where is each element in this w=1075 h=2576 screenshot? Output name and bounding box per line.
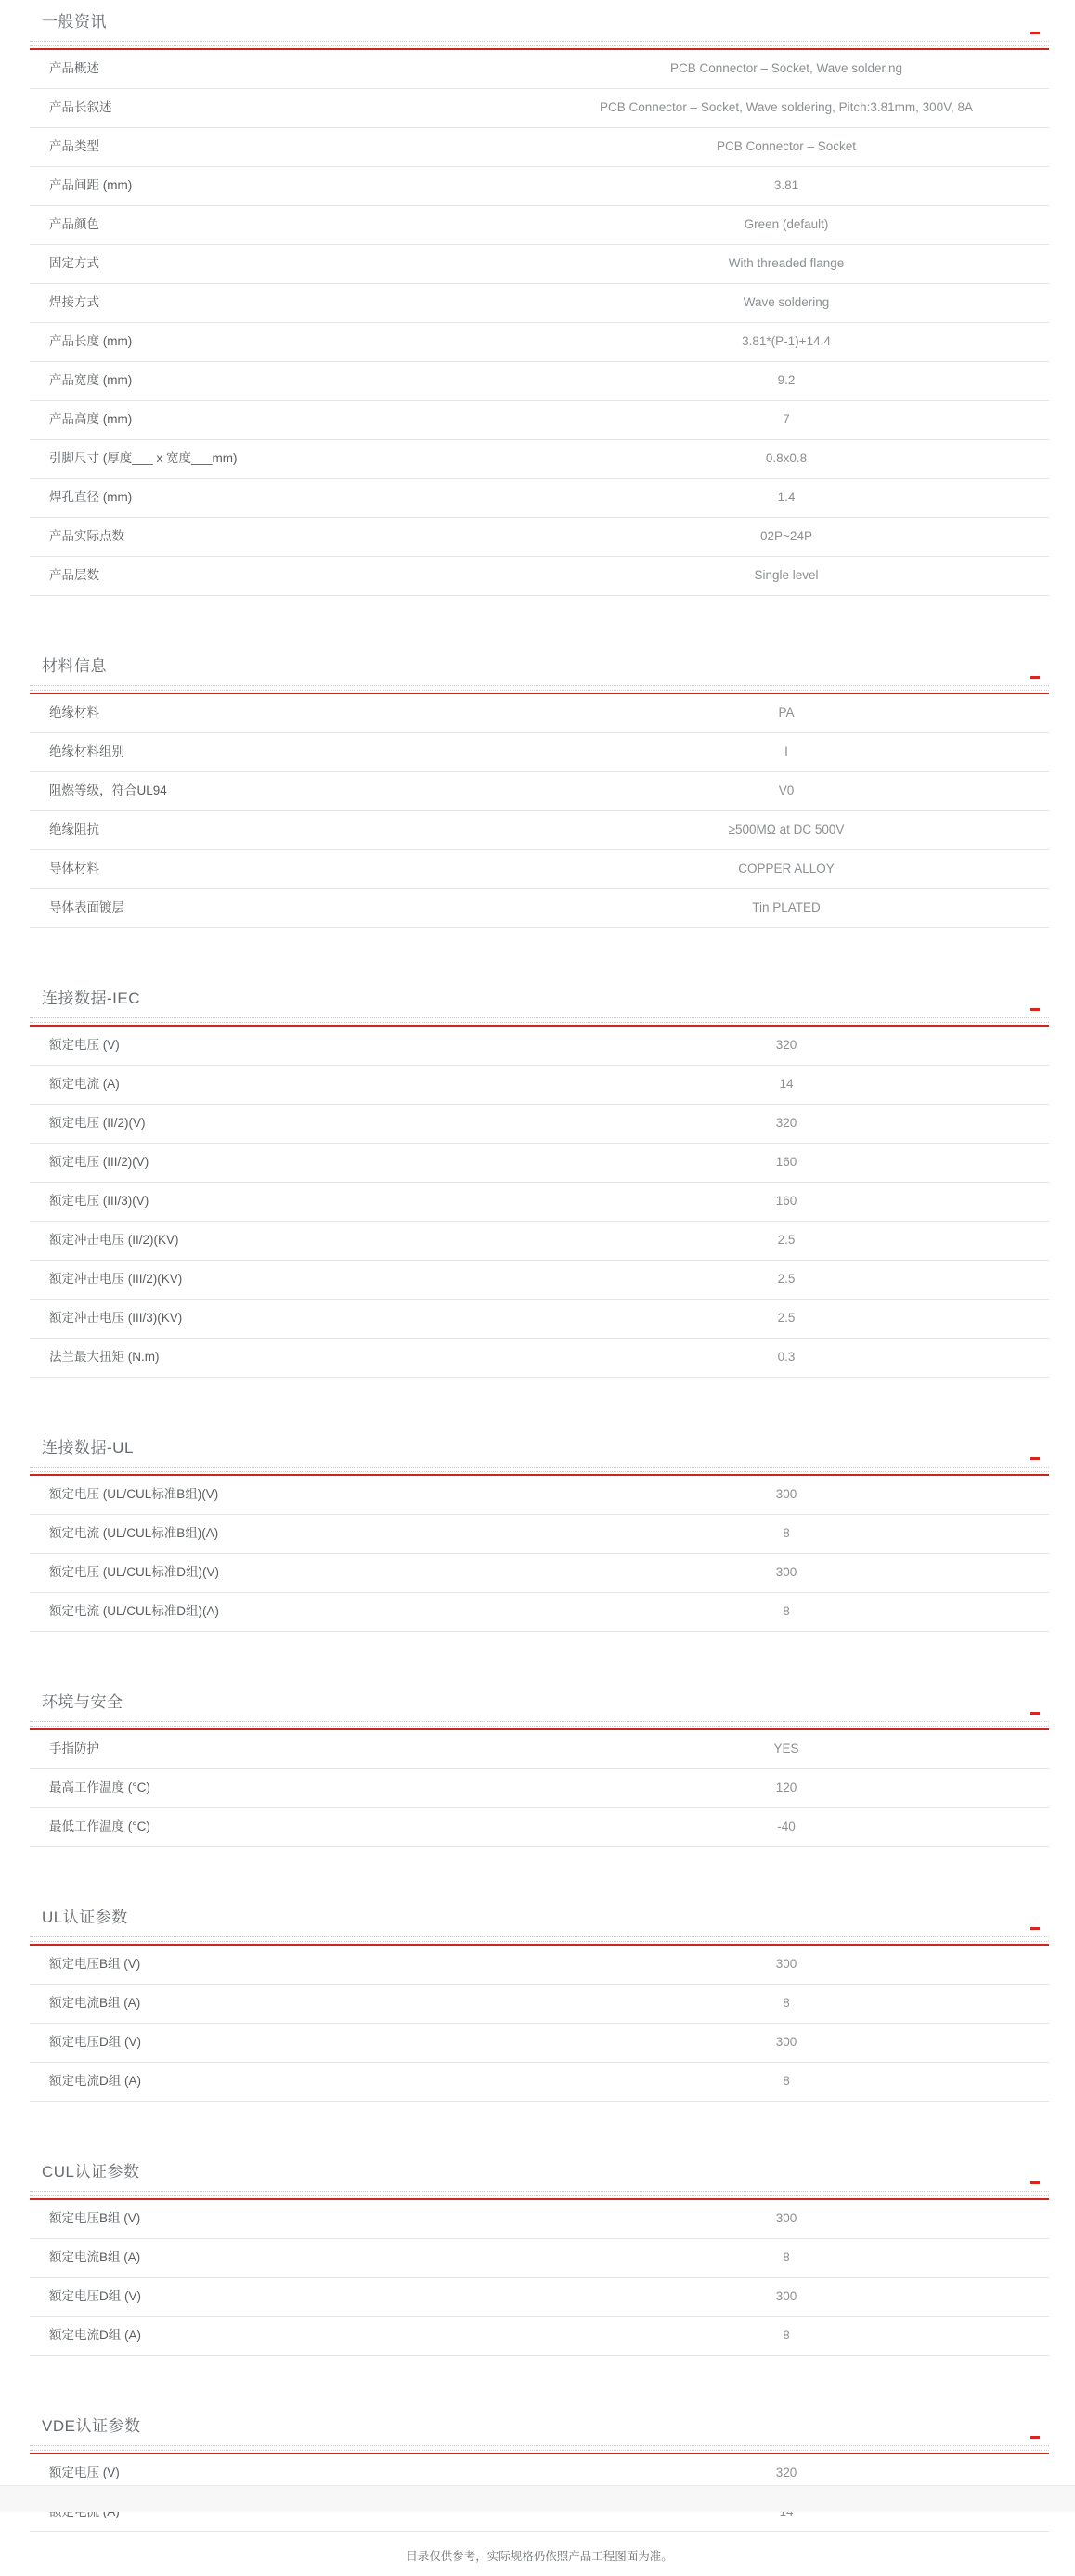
row-value: 0.8x0.8 <box>524 451 1049 466</box>
spec-section: VDE认证参数 额定电压 (V) 320 额定电流 (A) 14 <box>30 2404 1049 2532</box>
table-row: 额定电流B组 (A) 8 <box>30 1985 1049 2024</box>
spec-content: 一般资讯 产品概述 PCB Connector – Socket, Wave s… <box>30 0 1049 2576</box>
row-label: 绝缘材料 <box>30 705 524 720</box>
row-value: 2.5 <box>524 1233 1049 1248</box>
table-row: 绝缘材料 PA <box>30 694 1049 733</box>
section-header: VDE认证参数 <box>30 2404 1049 2445</box>
row-value: 160 <box>524 1194 1049 1209</box>
row-label: 绝缘阻抗 <box>30 822 524 837</box>
row-value: 8 <box>524 1604 1049 1619</box>
row-label: 产品长叙述 <box>30 100 524 115</box>
spec-section: 环境与安全 手指防护 YES 最高工作温度 (°C) 120 最低工作温度 (°… <box>30 1680 1049 1847</box>
collapse-button[interactable] <box>1027 2430 1042 2443</box>
row-label: 额定电流 (UL/CUL标准D组)(A) <box>30 1604 524 1619</box>
row-value: 300 <box>524 2035 1049 2050</box>
row-value: With threaded flange <box>524 256 1049 271</box>
collapse-button[interactable] <box>1027 1922 1042 1935</box>
section-header: 连接数据-UL <box>30 1426 1049 1467</box>
row-label: 额定电压 (II/2)(V) <box>30 1116 524 1131</box>
row-label: 产品层数 <box>30 568 524 583</box>
row-label: 最高工作温度 (°C) <box>30 1780 524 1795</box>
row-value: 320 <box>524 1038 1049 1053</box>
row-value: 8 <box>524 2328 1049 2343</box>
row-label: 额定电压D组 (V) <box>30 2289 524 2304</box>
row-label: 绝缘材料组别 <box>30 744 524 759</box>
table-row: 额定电流 (UL/CUL标准B组)(A) 8 <box>30 1515 1049 1554</box>
row-label: 额定电压B组 (V) <box>30 1957 524 1972</box>
row-label: 产品宽度 (mm) <box>30 373 524 388</box>
row-value: YES <box>524 1741 1049 1756</box>
table-row: 额定电压D组 (V) 300 <box>30 2278 1049 2317</box>
row-label: 额定冲击电压 (III/2)(KV) <box>30 1272 524 1287</box>
spec-table: 额定电压 (UL/CUL标准B组)(V) 300 额定电流 (UL/CUL标准B… <box>30 1476 1049 1632</box>
row-value: COPPER ALLOY <box>524 861 1049 876</box>
spec-section: CUL认证参数 额定电压B组 (V) 300 额定电流B组 (A) 8 额定电压… <box>30 2150 1049 2356</box>
row-label: 额定电流D组 (A) <box>30 2074 524 2089</box>
table-row: 绝缘材料组别 I <box>30 733 1049 772</box>
row-label: 阻燃等级，符合UL94 <box>30 783 524 798</box>
row-label: 额定电压 (V) <box>30 1038 524 1053</box>
minus-icon <box>1030 2436 1040 2439</box>
table-row: 额定冲击电压 (III/2)(KV) 2.5 <box>30 1261 1049 1300</box>
row-label: 产品概述 <box>30 61 524 76</box>
row-value: 8 <box>524 1996 1049 2011</box>
section-title: VDE认证参数 <box>42 2417 140 2435</box>
table-row: 额定电压B组 (V) 300 <box>30 1946 1049 1985</box>
row-value: Wave soldering <box>524 295 1049 310</box>
table-row: 额定电流 (A) 14 <box>30 1066 1049 1105</box>
row-value: 3.81*(P-1)+14.4 <box>524 334 1049 349</box>
row-value: 160 <box>524 1155 1049 1170</box>
table-row: 导体材料 COPPER ALLOY <box>30 850 1049 889</box>
spec-table: 额定电压 (V) 320 额定电流 (A) 14 额定电压 (II/2)(V) … <box>30 1027 1049 1378</box>
row-label: 产品实际点数 <box>30 529 524 544</box>
section-title: UL认证参数 <box>42 1909 128 1926</box>
row-value: 8 <box>524 1526 1049 1541</box>
row-value: 300 <box>524 1487 1049 1502</box>
row-label: 额定冲击电压 (II/2)(KV) <box>30 1233 524 1248</box>
table-row: 固定方式 With threaded flange <box>30 245 1049 284</box>
dotted-divider <box>30 41 1049 46</box>
row-value: PCB Connector – Socket, Wave soldering <box>524 61 1049 76</box>
spec-table: 额定电压B组 (V) 300 额定电流B组 (A) 8 额定电压D组 (V) 3… <box>30 2200 1049 2356</box>
spec-page: { "accent_red": "#cf241e", "collapse_ico… <box>0 0 1075 2512</box>
row-label: 产品类型 <box>30 139 524 154</box>
row-value: 3.81 <box>524 178 1049 193</box>
table-row: 绝缘阻抗 ≥500MΩ at DC 500V <box>30 811 1049 850</box>
spec-table: 产品概述 PCB Connector – Socket, Wave solder… <box>30 50 1049 596</box>
collapse-button[interactable] <box>1027 1003 1042 1016</box>
table-row: 阻燃等级，符合UL94 V0 <box>30 772 1049 811</box>
collapse-button[interactable] <box>1027 670 1042 683</box>
row-label: 焊孔直径 (mm) <box>30 490 524 505</box>
row-value: -40 <box>524 1819 1049 1834</box>
minus-icon <box>1030 676 1040 679</box>
row-label: 额定电流 (A) <box>30 1077 524 1092</box>
row-value: 300 <box>524 2289 1049 2304</box>
table-row: 产品高度 (mm) 7 <box>30 401 1049 440</box>
row-label: 额定电压 (UL/CUL标准B组)(V) <box>30 1487 524 1502</box>
table-row: 额定电流D组 (A) 8 <box>30 2063 1049 2102</box>
table-row: 额定电压 (UL/CUL标准D组)(V) 300 <box>30 1554 1049 1593</box>
row-value: I <box>524 744 1049 759</box>
row-value: PCB Connector – Socket <box>524 139 1049 154</box>
section-header: 一般资讯 <box>30 0 1049 41</box>
spec-section: 材料信息 绝缘材料 PA 绝缘材料组别 I 阻燃等级，符合UL94 V0 绝缘阻… <box>30 644 1049 928</box>
dotted-divider <box>30 2191 1049 2196</box>
row-value: 300 <box>524 2211 1049 2226</box>
table-row: 产品宽度 (mm) 9.2 <box>30 362 1049 401</box>
row-label: 引脚尺寸 (厚度___ x 宽度___mm) <box>30 451 524 466</box>
table-row: 产品类型 PCB Connector – Socket <box>30 128 1049 167</box>
section-title: 材料信息 <box>42 657 107 675</box>
minus-icon <box>1030 1457 1040 1460</box>
section-title: 一般资讯 <box>42 13 107 31</box>
table-row: 额定电压 (V) 320 <box>30 1027 1049 1066</box>
minus-icon <box>1030 2181 1040 2184</box>
row-label: 法兰最大扭矩 (N.m) <box>30 1350 524 1365</box>
row-value: 1.4 <box>524 490 1049 505</box>
table-row: 额定电压D组 (V) 300 <box>30 2024 1049 2063</box>
table-row: 焊孔直径 (mm) 1.4 <box>30 479 1049 518</box>
dotted-divider <box>30 2445 1049 2451</box>
row-value: 02P~24P <box>524 529 1049 544</box>
row-value: 300 <box>524 1957 1049 1972</box>
section-header: 材料信息 <box>30 644 1049 685</box>
table-row: 额定电压B组 (V) 300 <box>30 2200 1049 2239</box>
spec-table: 绝缘材料 PA 绝缘材料组别 I 阻燃等级，符合UL94 V0 绝缘阻抗 ≥50… <box>30 694 1049 928</box>
table-row: 产品长度 (mm) 3.81*(P-1)+14.4 <box>30 323 1049 362</box>
section-title: 连接数据-UL <box>42 1439 134 1456</box>
row-value: 8 <box>524 2250 1049 2265</box>
table-row: 额定冲击电压 (III/3)(KV) 2.5 <box>30 1300 1049 1339</box>
table-row: 额定电流D组 (A) 8 <box>30 2317 1049 2356</box>
row-label: 导体表面镀层 <box>30 900 524 915</box>
section-header: 连接数据-IEC <box>30 977 1049 1017</box>
dotted-divider <box>30 1017 1049 1023</box>
section-header: CUL认证参数 <box>30 2150 1049 2191</box>
row-value: ≥500MΩ at DC 500V <box>524 822 1049 837</box>
row-value: 0.3 <box>524 1350 1049 1365</box>
row-label: 额定电流 (UL/CUL标准B组)(A) <box>30 1526 524 1541</box>
table-row: 额定冲击电压 (II/2)(KV) 2.5 <box>30 1222 1049 1261</box>
row-value: 320 <box>524 1116 1049 1131</box>
row-label: 额定电流B组 (A) <box>30 1996 524 2011</box>
row-value: Tin PLATED <box>524 900 1049 915</box>
spec-section: UL认证参数 额定电压B组 (V) 300 额定电流B组 (A) 8 额定电压D… <box>30 1896 1049 2102</box>
row-value: 2.5 <box>524 1311 1049 1326</box>
sections-root: 一般资讯 产品概述 PCB Connector – Socket, Wave s… <box>30 0 1049 2532</box>
row-value: PA <box>524 705 1049 720</box>
table-row: 导体表面镀层 Tin PLATED <box>30 889 1049 928</box>
section-header: 环境与安全 <box>30 1680 1049 1721</box>
table-row: 产品间距 (mm) 3.81 <box>30 167 1049 206</box>
table-row: 产品层数 Single level <box>30 557 1049 596</box>
row-value: V0 <box>524 783 1049 798</box>
table-row: 产品实际点数 02P~24P <box>30 518 1049 557</box>
section-title: CUL认证参数 <box>42 2163 140 2181</box>
spec-section: 连接数据-UL 额定电压 (UL/CUL标准B组)(V) 300 额定电流 (U… <box>30 1426 1049 1632</box>
row-value: 14 <box>524 1077 1049 1092</box>
section-title: 环境与安全 <box>42 1693 123 1711</box>
row-label: 额定电压B组 (V) <box>30 2211 524 2226</box>
table-row: 引脚尺寸 (厚度___ x 宽度___mm) 0.8x0.8 <box>30 440 1049 479</box>
footer-disclaimer: 目录仅供参考，实际规格仍依照产品工程图面为准。 <box>30 2547 1049 2564</box>
table-row: 最低工作温度 (°C) -40 <box>30 1808 1049 1847</box>
row-label: 额定电流B组 (A) <box>30 2250 524 2265</box>
row-label: 额定电压 (UL/CUL标准D组)(V) <box>30 1565 524 1580</box>
table-row: 手指防护 YES <box>30 1730 1049 1769</box>
collapse-button[interactable] <box>1027 1452 1042 1465</box>
section-title: 连接数据-IEC <box>42 990 140 1007</box>
table-row: 额定电流 (UL/CUL标准D组)(A) 8 <box>30 1593 1049 1632</box>
minus-icon <box>1030 1927 1040 1930</box>
table-row: 产品长叙述 PCB Connector – Socket, Wave solde… <box>30 89 1049 128</box>
row-label: 最低工作温度 (°C) <box>30 1819 524 1834</box>
row-value: 7 <box>524 412 1049 427</box>
table-row: 焊接方式 Wave soldering <box>30 284 1049 323</box>
dotted-divider <box>30 1467 1049 1472</box>
table-row: 产品概述 PCB Connector – Socket, Wave solder… <box>30 50 1049 89</box>
row-value: 8 <box>524 2074 1049 2089</box>
row-value: 300 <box>524 1565 1049 1580</box>
spec-section: 连接数据-IEC 额定电压 (V) 320 额定电流 (A) 14 额定电压 (… <box>30 977 1049 1378</box>
dotted-divider <box>30 1936 1049 1942</box>
table-row: 最高工作温度 (°C) 120 <box>30 1769 1049 1808</box>
footer-band <box>0 2485 1075 2512</box>
row-value: Green (default) <box>524 217 1049 232</box>
row-label: 额定电压D组 (V) <box>30 2035 524 2050</box>
row-label: 手指防护 <box>30 1741 524 1756</box>
table-row: 额定电流B组 (A) 8 <box>30 2239 1049 2278</box>
table-row: 额定电压 (III/3)(V) 160 <box>30 1183 1049 1222</box>
row-label: 焊接方式 <box>30 295 524 310</box>
spec-table: 手指防护 YES 最高工作温度 (°C) 120 最低工作温度 (°C) -40 <box>30 1730 1049 1847</box>
table-row: 产品颜色 Green (default) <box>30 206 1049 245</box>
collapse-button[interactable] <box>1027 1706 1042 1719</box>
collapse-button[interactable] <box>1027 2176 1042 2189</box>
row-label: 产品长度 (mm) <box>30 334 524 349</box>
collapse-button[interactable] <box>1027 26 1042 39</box>
minus-icon <box>1030 32 1040 34</box>
row-label: 额定电压 (III/2)(V) <box>30 1155 524 1170</box>
row-label: 固定方式 <box>30 256 524 271</box>
row-value: 2.5 <box>524 1272 1049 1287</box>
row-value: Single level <box>524 568 1049 583</box>
table-row: 法兰最大扭矩 (N.m) 0.3 <box>30 1339 1049 1378</box>
row-label: 额定电压 (V) <box>30 2466 524 2480</box>
row-value: 9.2 <box>524 373 1049 388</box>
spec-table: 额定电压B组 (V) 300 额定电流B组 (A) 8 额定电压D组 (V) 3… <box>30 1946 1049 2102</box>
row-label: 导体材料 <box>30 861 524 876</box>
row-value: 320 <box>524 2466 1049 2480</box>
row-value: PCB Connector – Socket, Wave soldering, … <box>524 100 1049 115</box>
minus-icon <box>1030 1008 1040 1011</box>
minus-icon <box>1030 1712 1040 1715</box>
row-value: 120 <box>524 1780 1049 1795</box>
spec-section: 一般资讯 产品概述 PCB Connector – Socket, Wave s… <box>30 0 1049 596</box>
dotted-divider <box>30 1721 1049 1727</box>
dotted-divider <box>30 685 1049 691</box>
section-header: UL认证参数 <box>30 1896 1049 1936</box>
row-label: 额定电压 (III/3)(V) <box>30 1194 524 1209</box>
row-label: 额定冲击电压 (III/3)(KV) <box>30 1311 524 1326</box>
table-row: 额定电压 (II/2)(V) 320 <box>30 1105 1049 1144</box>
table-row: 额定电压 (UL/CUL标准B组)(V) 300 <box>30 1476 1049 1515</box>
table-row: 额定电压 (III/2)(V) 160 <box>30 1144 1049 1183</box>
row-label: 产品颜色 <box>30 217 524 232</box>
row-label: 产品间距 (mm) <box>30 178 524 193</box>
row-label: 额定电流D组 (A) <box>30 2328 524 2343</box>
row-label: 产品高度 (mm) <box>30 412 524 427</box>
